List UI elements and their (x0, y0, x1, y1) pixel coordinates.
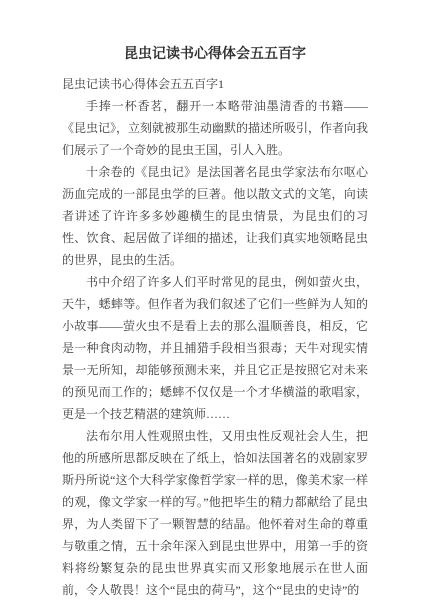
paragraph-insect-stories: 书中介绍了许多人们平时常见的昆虫，例如萤火虫，天牛，蟋蟀等。但作者为我们叙述了它… (62, 271, 368, 425)
document-title: 昆虫记读书心得体会五五百字 (62, 44, 368, 66)
paragraph-book-overview: 十余卷的《昆虫记》是法国著名昆虫学家法布尔呕心沥血完成的一部昆虫学的巨著。他以散… (62, 161, 368, 271)
paragraph-fabre-tribute: 法布尔用人性观照虫性，又用虫性反观社会人生，把他的所感所思都反映在了纸上，恰如法… (62, 425, 368, 600)
document-page: 昆虫记读书心得体会五五百字 昆虫记读书心得体会五五百字1 手捧一杯香茗，翻开一本… (0, 0, 424, 600)
document-subtitle: 昆虫记读书心得体会五五百字1 (62, 73, 368, 95)
paragraph-opening: 手捧一杯香茗，翻开一本略带油墨清香的书籍——《昆虫记》，立刻就被那生动幽默的描述… (62, 95, 368, 161)
